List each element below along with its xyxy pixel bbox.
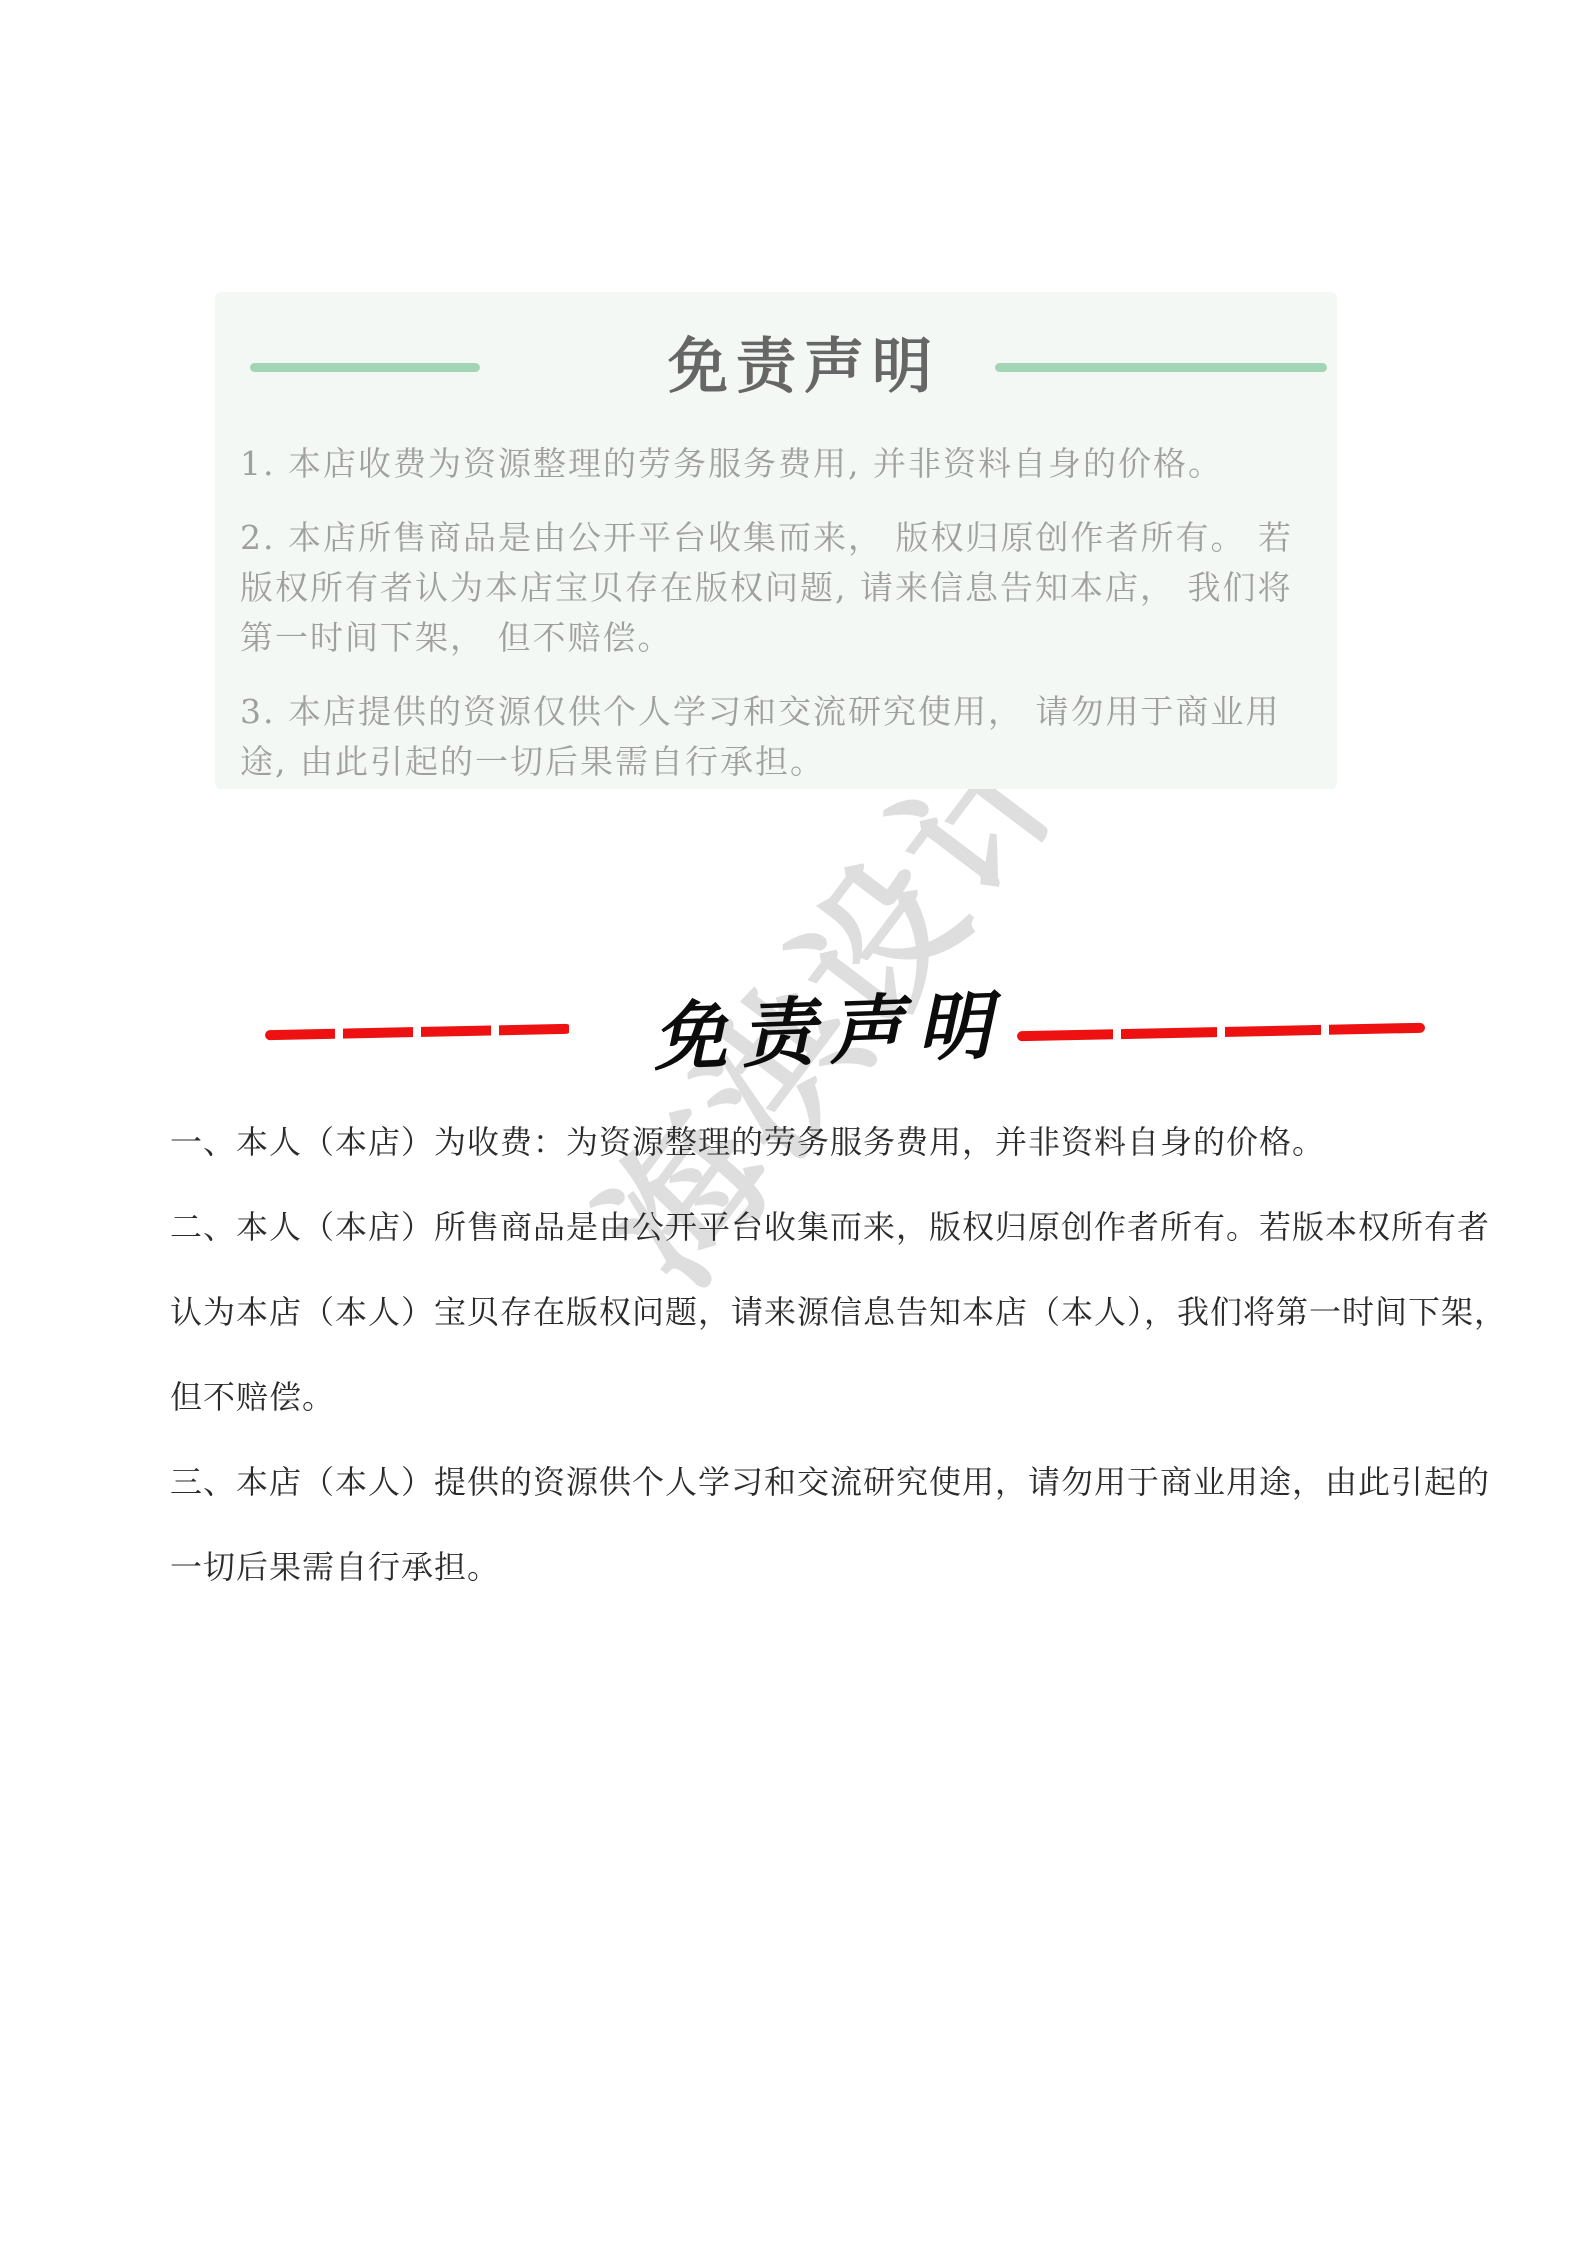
- green-divider-right: [995, 363, 1327, 372]
- disclaimer-card-title: 免责声明: [668, 337, 940, 397]
- statement-body: 一、本人（本店）为收费：为资源整理的劳务服务费用，并非资料自身的价格。 二、本人…: [170, 1125, 1440, 1635]
- statement-line-3: 认为本店（本人）宝贝存在版权问题，请来源信息告知本店（本人），我们将第一时间下架…: [170, 1295, 1440, 1329]
- document-page: 海洪设计 免责声明 1. 本店收费为资源整理的劳务服务费用, 并非资料自身的价格…: [0, 0, 1587, 2245]
- card-paragraph-2: 2. 本店所售商品是由公开平台收集而来， 版权归原创作者所有。 若版权所有者认为…: [240, 513, 1305, 663]
- red-dashed-divider-left: [265, 1024, 571, 1040]
- statement-line-5: 三、本店（本人）提供的资源供个人学习和交流研究使用，请勿用于商业用途，由此引起的: [170, 1465, 1440, 1499]
- statement-line-1: 一、本人（本店）为收费：为资源整理的劳务服务费用，并非资料自身的价格。: [170, 1125, 1440, 1159]
- disclaimer-card: 免责声明 1. 本店收费为资源整理的劳务服务费用, 并非资料自身的价格。 2. …: [215, 292, 1337, 789]
- statement-line-4: 但不赔偿。: [170, 1380, 1440, 1414]
- disclaimer-card-body: 1. 本店收费为资源整理的劳务服务费用, 并非资料自身的价格。 2. 本店所售商…: [215, 439, 1325, 787]
- green-divider-left: [250, 363, 480, 372]
- card-paragraph-3: 3. 本店提供的资源仅供个人学习和交流研究使用， 请勿用于商业用途, 由此引起的…: [240, 687, 1305, 787]
- red-dashed-divider-right: [1017, 1023, 1425, 1042]
- statement-line-2: 二、本人（本店）所售商品是由公开平台收集而来，版权归原创作者所有。若版本权所有者: [170, 1210, 1440, 1244]
- card-paragraph-1: 1. 本店收费为资源整理的劳务服务费用, 并非资料自身的价格。: [240, 439, 1305, 489]
- statement-header: 免责声明: [0, 995, 1587, 1069]
- statement-title: 免责声明: [652, 989, 1006, 1075]
- statement-line-6: 一切后果需自行承担。: [170, 1550, 1440, 1584]
- disclaimer-card-header: 免责声明: [215, 337, 1337, 397]
